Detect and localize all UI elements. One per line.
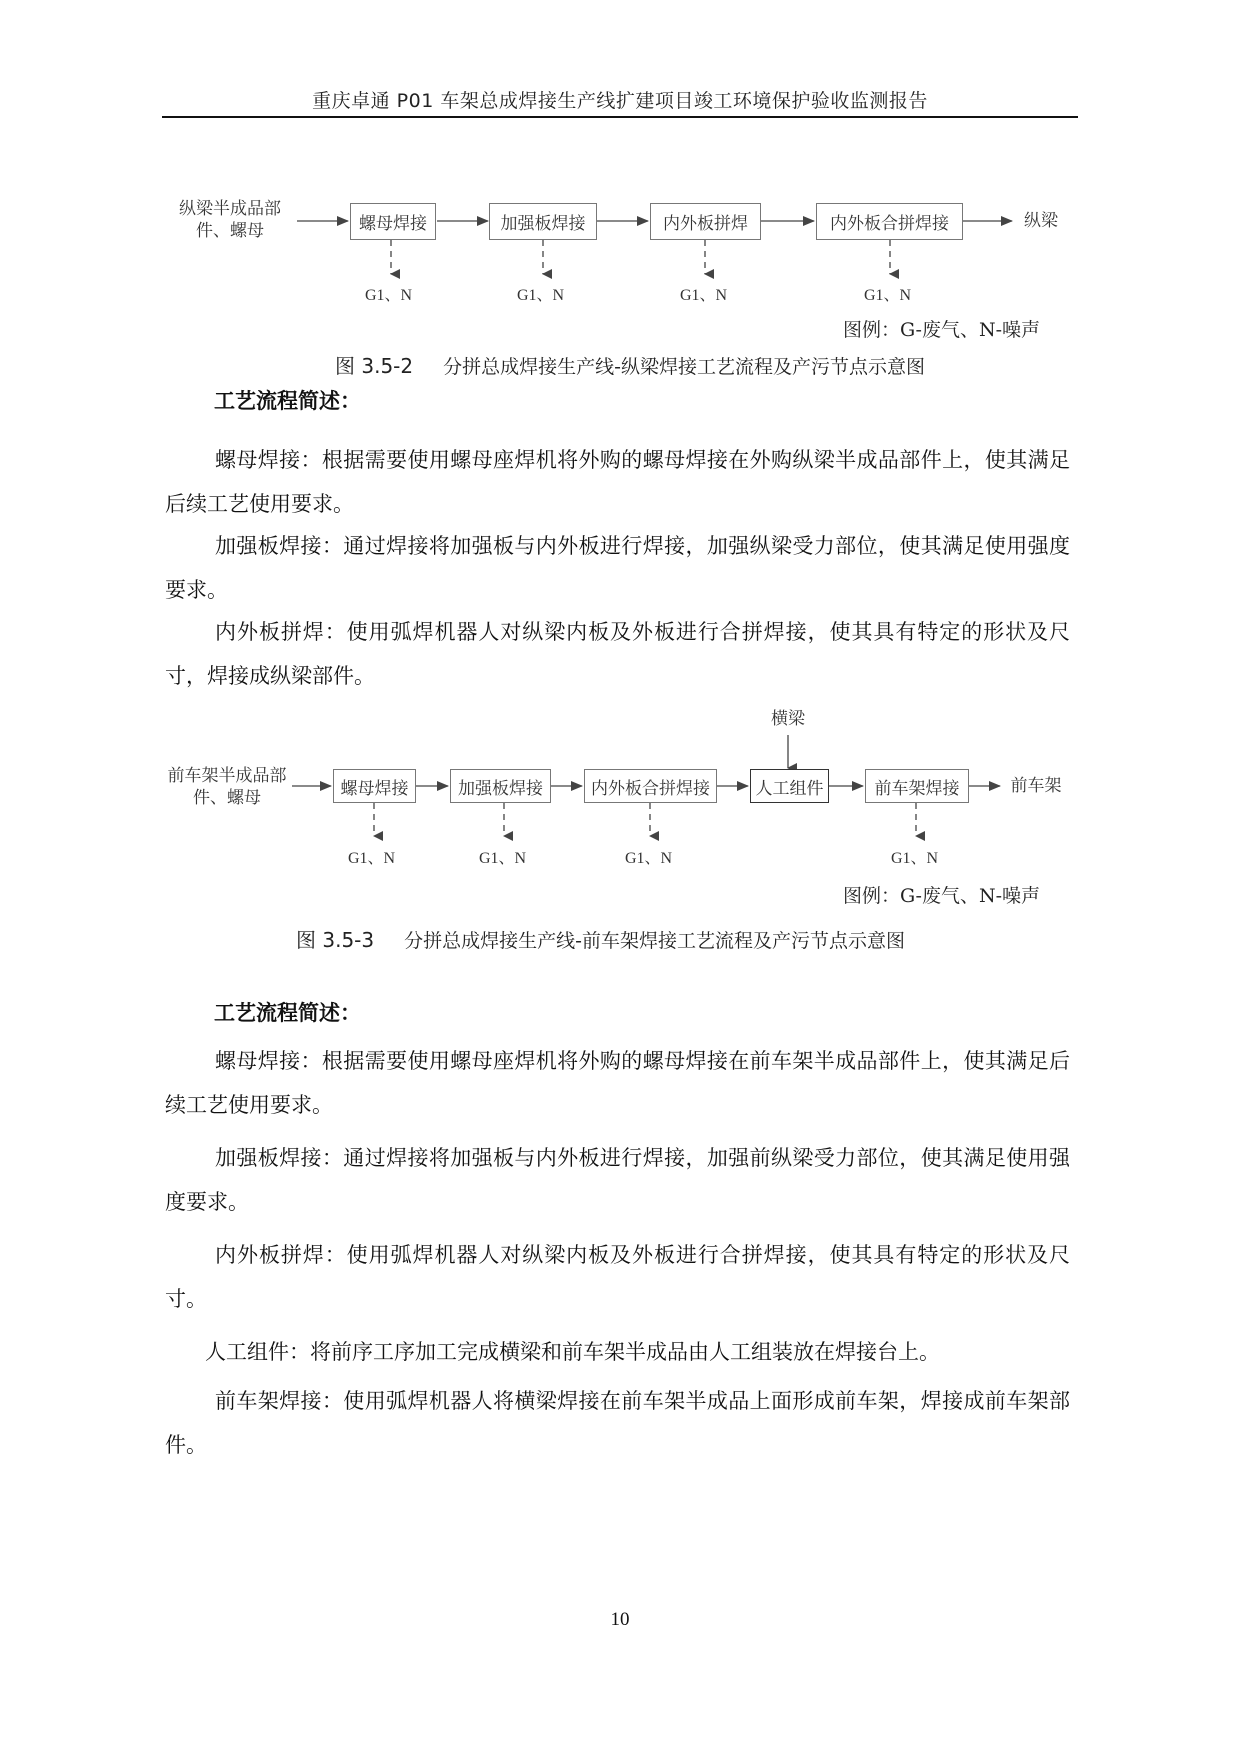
flow-input-line-1: 纵梁半成品部 xyxy=(165,198,295,220)
step-inner-outer-plate-joint-welding: 内外板合拼焊接 xyxy=(816,203,963,240)
step-front-frame-welding: 前车架焊接 xyxy=(865,769,969,803)
figure-legend: 图例：G-废气、N-噪声 xyxy=(843,315,1040,342)
paragraph: 前车架焊接：使用弧焊机器人将横梁焊接在前车架半成品上面形成前车架，焊接成前车架部… xyxy=(165,1380,1070,1467)
step-inner-outer-plate-welding: 内外板拼焊 xyxy=(650,203,761,240)
emission-label: G1、N xyxy=(517,282,564,305)
figure-legend: 图例：G-废气、N-噪声 xyxy=(843,881,1040,908)
paragraph: 人工组件：将前序工序加工完成横梁和前车架半成品由人工组装放在焊接台上。 xyxy=(165,1331,1070,1375)
flow-input-line-1: 前车架半成品部 xyxy=(160,765,294,787)
paragraph: 内外板拼焊：使用弧焊机器人对纵梁内板及外板进行合拼焊接，使其具有特定的形状及尺寸… xyxy=(165,611,1070,698)
paragraph: 加强板焊接：通过焊接将加强板与内外板进行焊接，加强纵梁受力部位，使其满足使用强度… xyxy=(165,525,1070,612)
paragraph: 加强板焊接：通过焊接将加强板与内外板进行焊接，加强前纵梁受力部位，使其满足使用强… xyxy=(165,1137,1070,1224)
flow-input-line-2: 件、螺母 xyxy=(160,787,294,809)
side-input-label: 横梁 xyxy=(755,708,821,730)
flow-output-label: 纵梁 xyxy=(1016,210,1066,232)
page-number: 10 xyxy=(0,1609,1240,1631)
step-inner-outer-plate-joint-welding: 内外板合拼焊接 xyxy=(584,769,717,803)
flow-input-label: 前车架半成品部 件、螺母 xyxy=(160,765,294,809)
figure-number: 图 3.5-2 xyxy=(335,354,413,378)
flow-output-label: 前车架 xyxy=(1003,775,1069,797)
section-heading: 工艺流程简述： xyxy=(214,997,361,1027)
figure-number: 图 3.5-3 xyxy=(296,928,374,952)
step-reinforcement-plate-welding: 加强板焊接 xyxy=(489,203,597,240)
step-nut-welding: 螺母焊接 xyxy=(333,769,416,803)
figure-caption: 图 3.5-3分拼总成焊接生产线-前车架焊接工艺流程及产污节点示意图 xyxy=(296,924,905,953)
paragraph: 螺母焊接：根据需要使用螺母座焊机将外购的螺母焊接在外购纵梁半成品部件上，使其满足… xyxy=(165,439,1070,526)
emission-label: G1、N xyxy=(891,845,938,868)
emission-label: G1、N xyxy=(680,282,727,305)
paragraph: 内外板拼焊：使用弧焊机器人对纵梁内板及外板进行合拼焊接，使其具有特定的形状及尺寸… xyxy=(165,1234,1070,1321)
figure-title: 分拼总成焊接生产线-前车架焊接工艺流程及产污节点示意图 xyxy=(404,930,905,952)
figure-title: 分拼总成焊接生产线-纵梁焊接工艺流程及产污节点示意图 xyxy=(443,356,925,378)
emission-label: G1、N xyxy=(479,845,526,868)
step-manual-assembly: 人工组件 xyxy=(750,769,829,803)
emission-label: G1、N xyxy=(625,845,672,868)
flow-connectors xyxy=(0,0,1240,1754)
section-heading: 工艺流程简述： xyxy=(214,385,361,415)
paragraph: 螺母焊接：根据需要使用螺母座焊机将外购的螺母焊接在前车架半成品部件上，使其满足后… xyxy=(165,1040,1070,1127)
figure-caption: 图 3.5-2分拼总成焊接生产线-纵梁焊接工艺流程及产污节点示意图 xyxy=(335,350,925,379)
emission-label: G1、N xyxy=(365,282,412,305)
step-nut-welding: 螺母焊接 xyxy=(350,203,436,240)
emission-label: G1、N xyxy=(348,845,395,868)
step-reinforcement-plate-welding: 加强板焊接 xyxy=(450,769,551,803)
flow-input-line-2: 件、螺母 xyxy=(165,220,295,242)
flow-input-label: 纵梁半成品部 件、螺母 xyxy=(165,198,295,242)
emission-label: G1、N xyxy=(864,282,911,305)
